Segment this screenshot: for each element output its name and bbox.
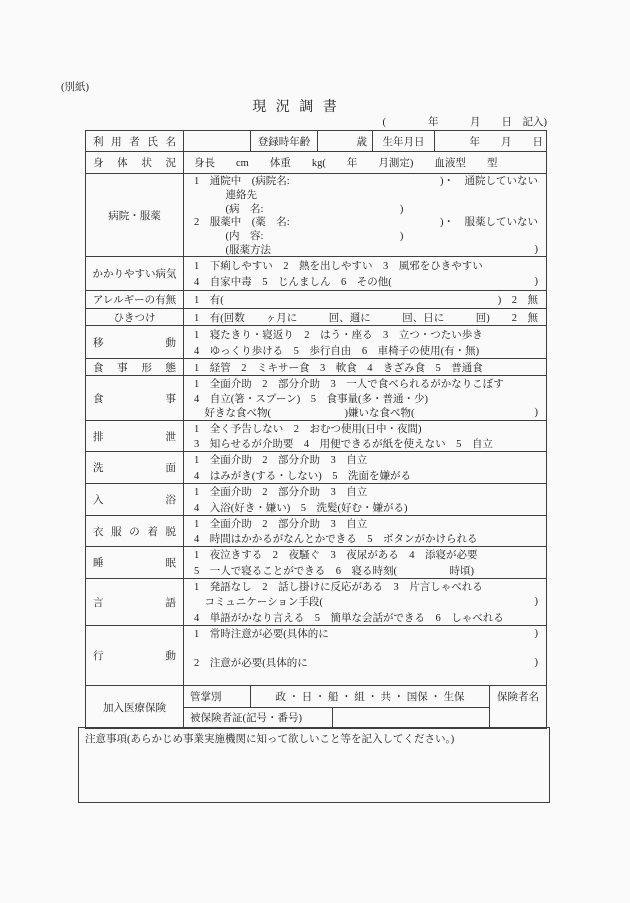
language-row-line-1: 1 発語なし 2 話し掛けに反応がある 3 片言しゃべれる: [184, 579, 546, 594]
sleep-row: 睡 眠1 夜泣きする 2 夜騒ぐ 3 夜尿がある 4 添寝が必要5 一人で寝るこ…: [86, 547, 546, 579]
face-washing-row-label-text: 洗 面: [86, 460, 183, 475]
insurance-category-label: 管掌別: [184, 686, 251, 707]
physical-condition-row: 身 体 状 況身長 cm 体重 kg( 年 月測定) 血液型 型: [86, 152, 546, 174]
birthdate-value: 年 月 日: [435, 131, 548, 151]
meal-form-row-label-text: 食 事 形 態: [86, 360, 183, 375]
language-row-line-2: コミュニケーション手段(): [184, 594, 546, 609]
insurance-sub-row-1: 管掌別政 ・ 日 ・ 船 ・ 組 ・ 共 ・ 国保 ・ 生保: [184, 686, 489, 708]
insured-card-value: [333, 708, 489, 729]
language-row-label: 言 語: [86, 579, 184, 625]
allergy-row-content: 1 有() 2 無: [184, 291, 546, 308]
meal-row: 食 事1 全面介助 2 部分介助 3 一人で食べられるがかなりこぼす4 自立(箸…: [86, 376, 546, 421]
line-text: 1 有(回数 ヶ月に 回、週に 回、日に 回): [194, 310, 490, 325]
line-right-text: ): [535, 276, 539, 287]
mobility-row: 移 動1 寝たきり・寝返り 2 はう・座る 3 立つ・つたい歩き4 ゆっくり歩け…: [86, 326, 546, 359]
meal-row-label-text: 食 事: [86, 391, 183, 406]
susceptible-illness-row-line-1: 1 下痢しやすい 2 熱を出しやすい 3 風邪をひきやすい: [184, 257, 546, 274]
allergy-row-label: アレルギーの有無: [86, 291, 184, 308]
dressing-row-label: 衣 服 の 着 脱: [86, 516, 184, 546]
line-text: 1 常時注意が必要(具体的に: [194, 626, 329, 641]
meal-row-line-1: 1 全面介助 2 部分介助 3 一人で食べられるがかなりこぼす: [184, 376, 546, 391]
susceptible-illness-row: かかりやすい病気1 下痢しやすい 2 熱を出しやすい 3 風邪をひきやすい4 自…: [86, 257, 546, 291]
physical-condition-row-line-1: 身長 cm 体重 kg( 年 月測定) 血液型 型: [184, 152, 546, 173]
dressing-row: 衣 服 の 着 脱1 全面介助 2 部分介助 3 自立4 時間はかかるがなんとか…: [86, 516, 546, 547]
hospital-medication-row-label-text: 病院・服薬: [108, 208, 161, 223]
status-report-form: (別紙) 現 況 調 書 ( 年 月 日 記入) 利 用 者 氏 名登録時年齢歳…: [0, 0, 630, 903]
insurance-sub-row-2: 被保険者証(記号・番号): [184, 708, 489, 729]
physical-condition-row-content: 身長 cm 体重 kg( 年 月測定) 血液型 型: [184, 152, 546, 173]
line-text: 4 単語がかなり言える 5 簡単な会話ができる 6 しゃべれる: [194, 610, 504, 625]
registration-age-label: 登録時年齢: [251, 131, 318, 151]
line-text: 4 時間はかかるがなんとかできる 5 ボタンがかけられる: [194, 531, 478, 546]
bathing-row: 入 浴1 全面介助 2 部分介助 3 自立4 入浴(好き・嫌い) 5 洗髪(好む…: [86, 484, 546, 516]
user-info-row: 利 用 者 氏 名登録時年齢歳生年月日年 月 日: [86, 131, 546, 152]
sleep-row-content: 1 夜泣きする 2 夜騒ぐ 3 夜尿がある 4 添寝が必要5 一人で寝ることがで…: [184, 547, 546, 578]
face-washing-row-line-1: 1 全面介助 2 部分介助 3 自立: [184, 452, 546, 468]
excretion-row-content: 1 全く予告しない 2 おむつ使用(日中・夜間)3 知らせるが介助要 4 用便で…: [184, 421, 546, 451]
physical-condition-row-label-text: 身 体 状 況: [86, 155, 183, 170]
behavior-row-content: 1 常時注意が必要(具体的に)2 注意が必要(具体的に): [184, 626, 546, 685]
hospital-medication-row-label: 病院・服薬: [86, 174, 184, 256]
page-title: 現 況 調 書: [65, 96, 527, 116]
line-text: 1 有(: [194, 292, 224, 307]
notes-title: 注意事項(あらかじめ事業実施機関に知って欲しいこと等を記入してください。): [85, 731, 543, 746]
behavior-row-label: 行 動: [86, 626, 184, 685]
bathing-row-line-1: 1 全面介助 2 部分介助 3 自立: [184, 484, 546, 500]
bathing-row-label-text: 入 浴: [86, 492, 183, 507]
line-text: (服薬方法: [194, 242, 271, 256]
insurance-category-options: 政 ・ 日 ・ 船 ・ 組 ・ 共 ・ 国保 ・ 生保: [251, 686, 489, 707]
line-text: コミュニケーション手段(: [194, 594, 323, 609]
convulsions-row: ひきつけ1 有(回数 ヶ月に 回、週に 回、日に 回)2 無: [86, 309, 546, 326]
face-washing-row: 洗 面1 全面介助 2 部分介助 3 自立4 はみがき(する・しない) 5 洗面…: [86, 452, 546, 484]
convulsions-row-label: ひきつけ: [86, 309, 184, 325]
physical-condition-row-label: 身 体 状 況: [86, 152, 184, 173]
hospital-medication-row-line-1: 1 通院中 (病院名:)・ 通院していない: [184, 174, 546, 188]
line-text: 1 経管 2 ミキサー食 3 軟食 4 きざみ食 5 普通食: [194, 360, 483, 375]
behavior-row-line-3: 2 注意が必要(具体的に): [184, 656, 546, 671]
allergy-row-label-text: アレルギーの有無: [93, 292, 176, 307]
dressing-row-content: 1 全面介助 2 部分介助 3 自立4 時間はかかるがなんとかできる 5 ボタン…: [184, 516, 546, 546]
language-row-content: 1 発語なし 2 話し掛けに反応がある 3 片言しゃべれる コミュニケーション手…: [184, 579, 546, 625]
dressing-row-line-1: 1 全面介助 2 部分介助 3 自立: [184, 516, 546, 531]
face-washing-row-label: 洗 面: [86, 452, 184, 483]
line-right-text: 2 無: [512, 310, 538, 325]
behavior-row-label-text: 行 動: [86, 648, 183, 663]
line-right-text: ): [535, 407, 539, 418]
line-right-text: ): [535, 244, 539, 255]
line-text: 1 下痢しやすい 2 熱を出しやすい 3 風邪をひきやすい: [194, 258, 483, 273]
line-right-text: )・ 服薬していない: [440, 214, 538, 229]
meal-row-line-2: 4 自立(箸・スプーン) 5 食事量(多・普通・少): [184, 391, 546, 406]
user-name-label-text: 利 用 者 氏 名: [86, 134, 183, 149]
behavior-row-line-2: [184, 641, 546, 656]
line-text: 1 寝たきり・寝返り 2 はう・座る 3 立つ・つたい歩き: [194, 327, 483, 342]
hospital-medication-row-line-6: (服薬方法): [184, 242, 546, 256]
bathing-row-label: 入 浴: [86, 484, 184, 515]
line-right-text: )・ 通院していない: [440, 174, 538, 188]
susceptible-illness-row-label-text: かかりやすい病気: [93, 266, 177, 281]
insurance-row: 加入医療保険管掌別政 ・ 日 ・ 船 ・ 組 ・ 共 ・ 国保 ・ 生保被保険者…: [86, 686, 546, 728]
birthdate-label: 生年月日: [373, 131, 435, 151]
sheet-label: (別紙): [61, 79, 89, 94]
mobility-row-line-1: 1 寝たきり・寝返り 2 はう・座る 3 立つ・つたい歩き: [184, 326, 546, 342]
convulsions-row-content: 1 有(回数 ヶ月に 回、週に 回、日に 回)2 無: [184, 309, 546, 325]
line-right-text: ): [535, 657, 539, 668]
line-text: 1 発語なし 2 話し掛けに反応がある 3 片言しゃべれる: [194, 579, 483, 594]
line-right-text: ) 2 無: [498, 292, 538, 307]
meal-row-content: 1 全面介助 2 部分介助 3 一人で食べられるがかなりこぼす4 自立(箸・スプ…: [184, 376, 546, 420]
excretion-row-line-1: 1 全く予告しない 2 おむつ使用(日中・夜間): [184, 421, 546, 436]
mobility-row-label: 移 動: [86, 326, 184, 358]
user-name-label: 利 用 者 氏 名: [86, 131, 184, 151]
line-text: 1 全面介助 2 部分介助 3 自立: [194, 452, 367, 467]
line-text: 1 夜泣きする 2 夜騒ぐ 3 夜尿がある 4 添寝が必要: [194, 547, 478, 562]
susceptible-illness-row-label: かかりやすい病気: [86, 257, 184, 290]
sleep-row-line-2: 5 一人で寝ることができる 6 寝る時刻( 時頃): [184, 563, 546, 579]
insurance-row-label-text: 加入医療保険: [103, 700, 166, 715]
line-text: 身長 cm 体重 kg( 年 月測定) 血液型 型: [194, 155, 497, 170]
face-washing-row-line-2: 4 はみがき(する・しない) 5 洗面を嫌がる: [184, 468, 546, 484]
line-text: 2 注意が必要(具体的に: [194, 655, 308, 670]
meal-form-row: 食 事 形 態1 経管 2 ミキサー食 3 軟食 4 きざみ食 5 普通食: [86, 359, 546, 376]
line-text: 4 はみがき(する・しない) 5 洗面を嫌がる: [194, 468, 411, 483]
insurance-detail: 管掌別政 ・ 日 ・ 船 ・ 組 ・ 共 ・ 国保 ・ 生保被保険者証(記号・番…: [184, 686, 489, 728]
line-text: 1 全く予告しない 2 おむつ使用(日中・夜間): [194, 421, 422, 436]
line-text: 1 全面介助 2 部分介助 3 自立: [194, 516, 367, 531]
excretion-row-line-2: 3 知らせるが介助要 4 用便できるが紙を使えない 5 自立: [184, 436, 546, 451]
entry-date-note: ( 年 月 日 記入): [383, 114, 548, 129]
meal-form-row-label: 食 事 形 態: [86, 359, 184, 375]
line-text: 好きな食べ物( )嫌いな食べ物(: [194, 405, 415, 420]
dressing-row-label-text: 衣 服 の 着 脱: [86, 524, 183, 539]
user-name-value: [184, 131, 251, 151]
line-text: 4 自立(箸・スプーン) 5 食事量(多・普通・少): [194, 391, 428, 406]
insurance-row-label: 加入医療保険: [86, 686, 184, 728]
language-row: 言 語1 発語なし 2 話し掛けに反応がある 3 片言しゃべれる コミュニケーシ…: [86, 579, 546, 626]
behavior-row: 行 動1 常時注意が必要(具体的に)2 注意が必要(具体的に): [86, 626, 546, 686]
convulsions-row-label-text: ひきつけ: [114, 310, 156, 325]
line-right-text: ): [535, 596, 539, 607]
insured-card-label: 被保険者証(記号・番号): [184, 708, 333, 729]
mobility-row-label-text: 移 動: [86, 335, 183, 350]
age-unit-cell: 歳: [318, 131, 373, 151]
language-row-line-3: 4 単語がかなり言える 5 簡単な会話ができる 6 しゃべれる: [184, 610, 546, 625]
insurer-name-label: 保険者名: [489, 686, 546, 728]
allergy-row-line-1: 1 有() 2 無: [184, 291, 546, 308]
excretion-row-label-text: 排 泄: [86, 429, 183, 444]
line-text: 5 一人で寝ることができる 6 寝る時刻( 時頃): [194, 563, 474, 578]
convulsions-row-line-1: 1 有(回数 ヶ月に 回、週に 回、日に 回)2 無: [184, 309, 546, 325]
meal-row-line-3: 好きな食べ物( )嫌いな食べ物(): [184, 405, 546, 420]
sleep-row-line-1: 1 夜泣きする 2 夜騒ぐ 3 夜尿がある 4 添寝が必要: [184, 547, 546, 563]
susceptible-illness-row-content: 1 下痢しやすい 2 熱を出しやすい 3 風邪をひきやすい4 自家中毒 5 じん…: [184, 257, 546, 290]
behavior-row-line-1: 1 常時注意が必要(具体的に): [184, 626, 546, 641]
status-form-table: 利 用 者 氏 名登録時年齢歳生年月日年 月 日身 体 状 況身長 cm 体重 …: [85, 130, 547, 729]
line-text: 1 全面介助 2 部分介助 3 自立: [194, 484, 367, 499]
language-row-label-text: 言 語: [86, 595, 183, 610]
notes-box: 注意事項(あらかじめ事業実施機関に知って欲しいこと等を記入してください。): [78, 727, 550, 803]
hospital-medication-row-line-5: (内 容: ): [184, 229, 546, 243]
face-washing-row-content: 1 全面介助 2 部分介助 3 自立4 はみがき(する・しない) 5 洗面を嫌が…: [184, 452, 546, 483]
sleep-row-label: 睡 眠: [86, 547, 184, 578]
line-text: 3 知らせるが介助要 4 用便できるが紙を使えない 5 自立: [194, 436, 493, 451]
meal-row-label: 食 事: [86, 376, 184, 420]
behavior-row-line-4: [184, 670, 546, 685]
hospital-medication-row: 病院・服薬1 通院中 (病院名:)・ 通院していない 連絡先 (病 名: )2 …: [86, 174, 546, 257]
bathing-row-content: 1 全面介助 2 部分介助 3 自立4 入浴(好き・嫌い) 5 洗髪(好む・嫌が…: [184, 484, 546, 515]
excretion-row-label: 排 泄: [86, 421, 184, 451]
line-text: 4 自家中毒 5 じんましん 6 その他(: [194, 274, 392, 289]
meal-form-row-line-1: 1 経管 2 ミキサー食 3 軟食 4 きざみ食 5 普通食: [184, 359, 546, 375]
excretion-row: 排 泄1 全く予告しない 2 おむつ使用(日中・夜間)3 知らせるが介助要 4 …: [86, 421, 546, 452]
hospital-medication-row-line-2: 連絡先: [184, 188, 546, 202]
susceptible-illness-row-line-2: 4 自家中毒 5 じんましん 6 その他(): [184, 274, 546, 291]
allergy-row: アレルギーの有無1 有() 2 無: [86, 291, 546, 309]
bathing-row-line-2: 4 入浴(好き・嫌い) 5 洗髪(好む・嫌がる): [184, 500, 546, 516]
meal-form-row-content: 1 経管 2 ミキサー食 3 軟食 4 きざみ食 5 普通食: [184, 359, 546, 375]
line-text: 4 入浴(好き・嫌い) 5 洗髪(好む・嫌がる): [194, 500, 408, 515]
hospital-medication-row-line-3: (病 名: ): [184, 201, 546, 215]
hospital-medication-row-line-4: 2 服薬中 (薬 名:)・ 服薬していない: [184, 215, 546, 229]
dressing-row-line-2: 4 時間はかかるがなんとかできる 5 ボタンがかけられる: [184, 531, 546, 546]
hospital-medication-row-content: 1 通院中 (病院名:)・ 通院していない 連絡先 (病 名: )2 服薬中 (…: [184, 174, 546, 256]
line-right-text: ): [535, 628, 539, 639]
mobility-row-line-2: 4 ゆっくり歩ける 5 歩行自由 6 車椅子の使用(有・無): [184, 342, 546, 358]
sleep-row-label-text: 睡 眠: [86, 555, 183, 570]
mobility-row-content: 1 寝たきり・寝返り 2 はう・座る 3 立つ・つたい歩き4 ゆっくり歩ける 5…: [184, 326, 546, 358]
line-text: 4 ゆっくり歩ける 5 歩行自由 6 車椅子の使用(有・無): [194, 343, 479, 358]
line-text: 1 全面介助 2 部分介助 3 一人で食べられるがかなりこぼす: [194, 376, 504, 391]
